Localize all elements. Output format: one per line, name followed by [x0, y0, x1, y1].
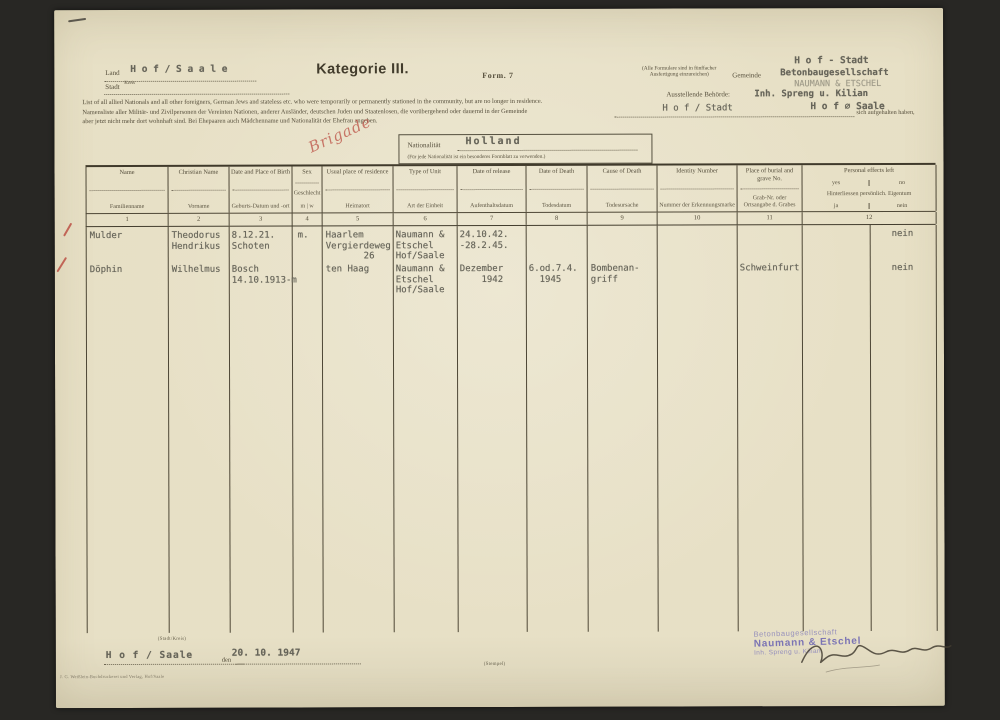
row1-residence: Haarlem Vergierdeweg 26: [326, 230, 391, 262]
company-name-line2: NAUMANN & ETSCHEL: [794, 79, 881, 89]
header-yes-no: yes no: [804, 180, 935, 186]
header-death-cause-de: Todesursache: [589, 203, 656, 210]
header-identity-number: Identity Number Nummer der Erkennungsmar…: [657, 165, 737, 211]
header-death-date: Date of Death Todesdatum: [526, 166, 587, 212]
land-label: Land: [105, 69, 119, 77]
row1-name: Mulder: [90, 231, 123, 242]
stadtkreis-note: (Stadt/Kreis): [158, 637, 186, 642]
header-christian-name-de: Vorname: [170, 204, 228, 211]
header-personal-effects: Personal effects left yes no Hinterliess…: [802, 165, 936, 211]
nationality-note: (Für jede Nationalität ist ein besondere…: [407, 154, 545, 160]
nationality-box: Nationalität Holland (Für jede Nationali…: [398, 134, 652, 165]
header-birth: Date and Place of Birth Geburts-Datum un…: [229, 167, 292, 213]
column-number-4: 4: [293, 213, 323, 225]
nationality-label: Nationalität: [407, 141, 440, 149]
body-col-death-date: 6.od.7.4. 1945: [527, 226, 589, 632]
row1-release-date: 24.10.42. -28.2.45.: [460, 230, 509, 251]
row2-effects-no: nein: [869, 263, 936, 274]
intro-line-german-2: aber jetzt nicht mehr dort wohnhaft sind…: [82, 115, 827, 127]
form-number: Form. 7: [482, 71, 513, 80]
row2-residence: ten Haag: [326, 264, 369, 275]
body-col-residence: Haarlem Vergierdeweg 26 ten Haag: [323, 226, 395, 632]
company-name-line1: Betonbaugesellschaft: [780, 68, 888, 78]
stay-suffix: sich aufgehalten haben,: [856, 109, 914, 116]
header-death-date-en: Date of Death: [528, 168, 586, 176]
column-number-3: 3: [230, 214, 293, 226]
row1-sex: m.: [298, 230, 309, 241]
scanned-form-paper: Land H o f / S a a l e Stadt Kreis Kateg…: [54, 8, 945, 708]
header-burial-en: Place of burial and grave No.: [739, 167, 801, 182]
gemeinde-value: H o f - Stadt: [794, 55, 868, 66]
printer-imprint: J. G. Weißlein-Buchdruckerei und Verlag,…: [60, 674, 164, 679]
column-number-1: 1: [87, 214, 169, 226]
body-col-christian-name: Theodorus Hendrikus Wilhelmus: [169, 227, 231, 633]
column-number-9: 9: [588, 213, 658, 225]
header-birth-en: Date and Place of Birth: [231, 169, 291, 177]
nationality-value: Holland: [465, 136, 521, 147]
footer-date-value: 20. 10. 1947: [232, 648, 301, 659]
header-unit-en: Type of Unit: [395, 168, 456, 176]
row2-unit: Naumann & Etschel Hof/Saale: [396, 264, 445, 296]
row2-christian-name: Wilhelmus: [172, 265, 221, 276]
table-header-row: Name Familienname Christian Name Vorname…: [85, 163, 935, 213]
body-col-death-cause: Bombenan- griff: [588, 226, 659, 632]
row1-unit: Naumann & Etschel Hof/Saale: [396, 230, 445, 262]
footer-place-value: H o f / Saale: [106, 650, 193, 661]
handwritten-signature: [796, 632, 956, 674]
header-sex-en: Sex: [294, 168, 321, 176]
header-yes-label: yes: [804, 180, 869, 186]
row1-effects-no: nein: [869, 229, 936, 240]
intro-paragraph: List of all allied Nationals and all oth…: [82, 96, 827, 127]
nationality-dotted-line: [457, 149, 637, 151]
row1-christian-name: Theodorus Hendrikus: [172, 231, 221, 252]
column-number-2: 2: [169, 214, 230, 226]
header-ja-nein: ja nein: [804, 203, 935, 209]
header-ja-label: ja: [804, 203, 869, 209]
header-residence-en: Usual place of residence: [324, 168, 392, 176]
header-unit-de: Art der Einheit: [395, 203, 456, 210]
header-sex-mw: m | w: [294, 203, 321, 210]
body-col-birth: 8.12.21. Schoten Bosch 14.10.1913-m: [230, 227, 294, 633]
header-sex: Sex Geschlecht m | w: [292, 166, 322, 212]
body-col-personal-effects: nein nein: [803, 225, 938, 631]
column-number-5: 5: [323, 213, 394, 225]
body-col-name: Mulder Döphin: [87, 227, 170, 633]
header-identity-number-en: Identity Number: [659, 167, 736, 175]
stadt-label: Stadt: [105, 83, 119, 91]
red-checkmark-row2: [56, 257, 67, 272]
header-burial: Place of burial and grave No. Grab-Nr. o…: [737, 165, 802, 211]
ink-mark: [68, 18, 86, 23]
header-release-date-en: Date of release: [459, 168, 525, 176]
header-burial-de: Grab-Nr. oder Ortsangabe d. Grabes: [739, 195, 801, 209]
stempel-note: (Stempel): [484, 662, 506, 667]
gemeinde-label: Gemeinde: [732, 71, 761, 79]
body-col-burial: Schweinfurt: [738, 225, 804, 631]
column-number-8: 8: [527, 213, 588, 225]
header-death-cause: Cause of Death Todesursache: [587, 166, 657, 212]
header-name-en: Name: [88, 169, 167, 177]
header-sex-de: Geschlecht: [294, 190, 321, 197]
column-number-6: 6: [394, 213, 458, 225]
row1-birth: 8.12.21. Schoten: [232, 231, 275, 252]
header-residence-de: Heimatort: [324, 203, 392, 210]
body-col-sex: m.: [293, 226, 324, 632]
header-christian-name-en: Christian Name: [170, 169, 228, 177]
header-name: Name Familienname: [86, 167, 168, 213]
form-title: Kategorie III.: [316, 61, 409, 77]
record-table: Name Familienname Christian Name Vorname…: [85, 163, 936, 633]
header-identity-number-de: Nummer der Erkennungsmarke: [659, 202, 736, 209]
header-birth-de: Geburts-Datum und -ort: [231, 204, 291, 211]
header-personal-effects-de: Hinterliessen persönlich. Eigentum: [804, 191, 935, 198]
body-col-release-date: 24.10.42. -28.2.45. Dezember 1942: [458, 226, 528, 632]
red-checkmark-row1: [63, 223, 72, 237]
land-value: H o f / S a a l e: [130, 64, 227, 75]
header-release-date-de: Aufenthaltsdatum: [459, 203, 525, 210]
row2-burial: Schweinfurt: [740, 263, 800, 274]
header-release-date: Date of release Aufenthaltsdatum: [457, 166, 526, 212]
kreis-label: Kreis: [124, 81, 135, 86]
den-label: den: [222, 657, 231, 664]
header-unit: Type of Unit Art der Einheit: [393, 166, 457, 212]
row2-death-date: 6.od.7.4. 1945: [529, 264, 578, 285]
column-number-10: 10: [658, 212, 738, 224]
row2-birth: Bosch 14.10.1913-m: [232, 265, 297, 286]
header-nein-label: nein: [870, 203, 935, 209]
header-death-date-de: Todesdatum: [528, 203, 586, 210]
column-number-12: 12: [803, 212, 937, 224]
body-col-unit: Naumann & Etschel Hof/Saale Naumann & Et…: [394, 226, 459, 632]
column-number-7: 7: [458, 213, 527, 225]
row2-death-cause: Bombenan- griff: [591, 264, 640, 285]
header-death-cause-en: Cause of Death: [589, 168, 656, 176]
row2-name: Döphin: [90, 265, 123, 276]
header-residence: Usual place of residence Heimatort: [322, 166, 393, 212]
row2-release-date: Dezember 1942: [460, 264, 503, 285]
header-personal-effects-en: Personal effects left: [804, 167, 935, 175]
effects-column-divider: [869, 225, 871, 631]
stadt-dotted-line: [104, 93, 289, 95]
footer-date-dotted-line: [236, 662, 361, 664]
table-body: Mulder Döphin Theodorus Hendrikus Wilhel…: [86, 225, 937, 633]
column-number-11: 11: [738, 212, 803, 224]
header-christian-name: Christian Name Vorname: [168, 167, 229, 213]
body-col-identity-number: [658, 225, 739, 631]
header-no-label: no: [870, 180, 935, 186]
header-name-de: Familienname: [88, 204, 167, 211]
